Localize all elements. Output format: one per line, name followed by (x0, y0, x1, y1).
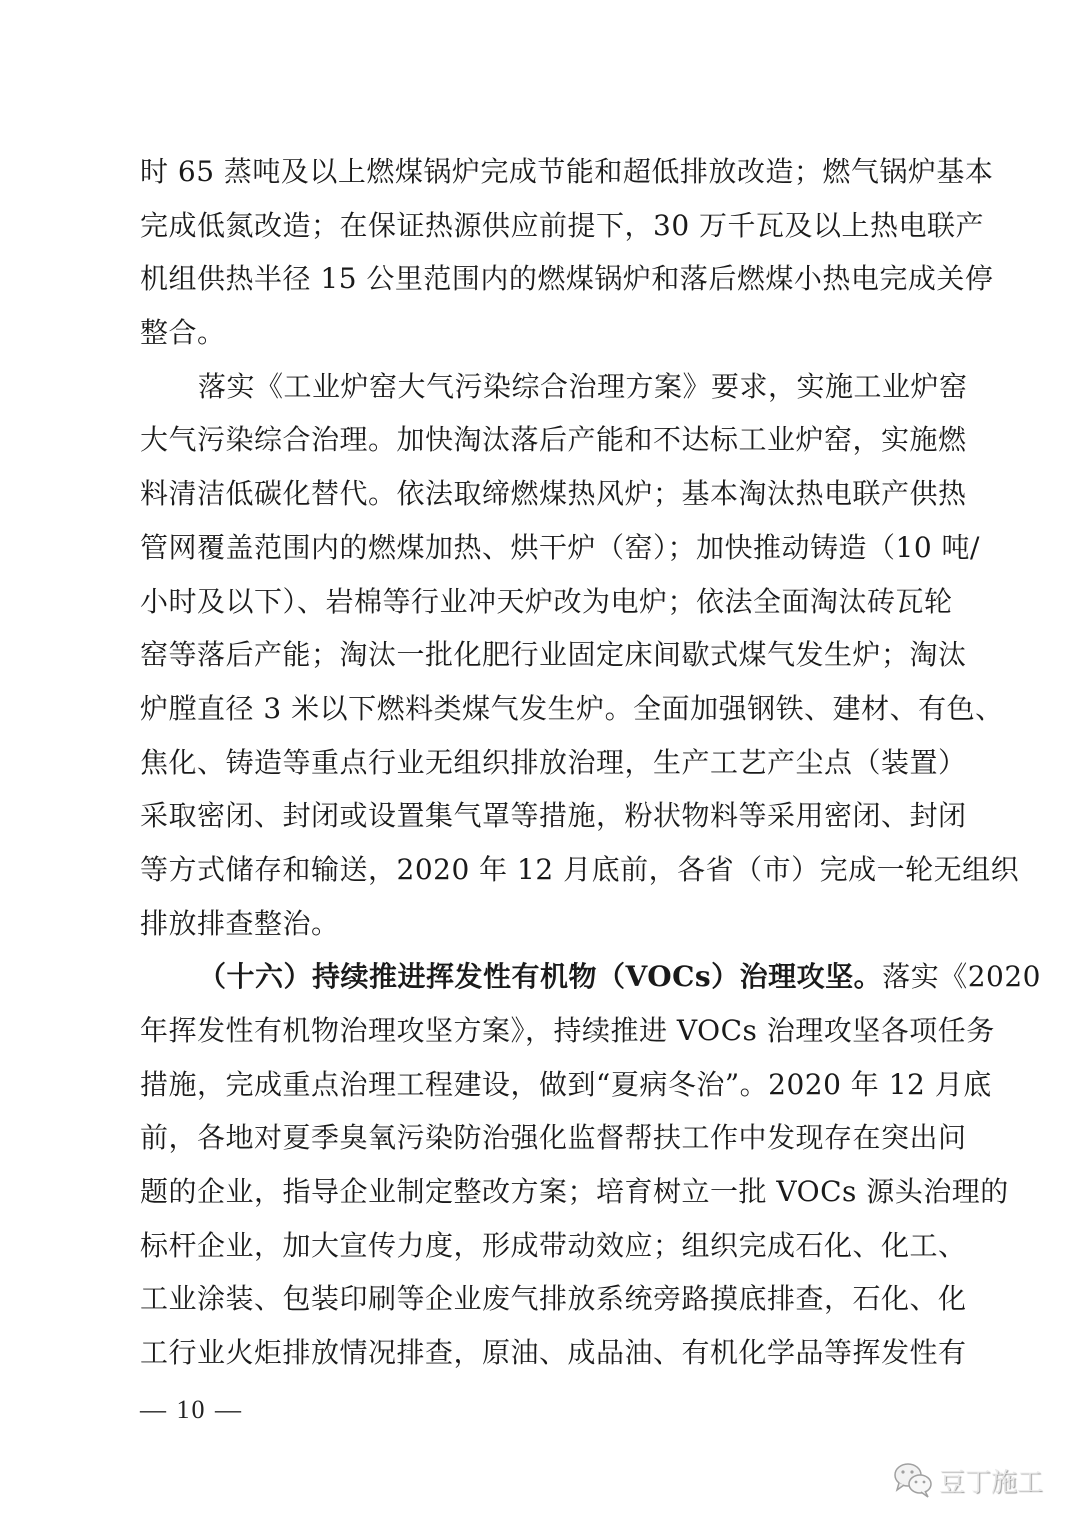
text-line: 时 65 蒸吨及以上燃煤锅炉完成节能和超低排放改造；燃气锅炉基本 (140, 145, 945, 199)
text-line: 采取密闭、封闭或设置集气罩等措施，粉状物料等采用密闭、封闭 (140, 789, 945, 843)
document-body: 时 65 蒸吨及以上燃煤锅炉完成节能和超低排放改造；燃气锅炉基本 完成低氮改造；… (140, 145, 945, 1380)
text-line: 等方式储存和输送，2020 年 12 月底前，各省（市）完成一轮无组织 (140, 843, 945, 897)
text-line: 管网覆盖范围内的燃煤加热、烘干炉（窑）；加快推动铸造（10 吨/ (140, 521, 945, 575)
text-line: 焦化、铸造等重点行业无组织排放治理，生产工艺产尘点（装置） (140, 736, 945, 790)
text-line: 大气污染综合治理。加快淘汰落后产能和不达标工业炉窑，实施燃 (140, 413, 945, 467)
text-line: 完成低氮改造；在保证热源供应前提下，30 万千瓦及以上热电联产 (140, 199, 945, 253)
text-line: 措施，完成重点治理工程建设，做到“夏病冬治”。2020 年 12 月底 (140, 1058, 945, 1112)
text-line: 工业涂装、包装印刷等企业废气排放系统旁路摸底排查，石化、化 (140, 1272, 945, 1326)
paragraph-first-line: 落实《工业炉窑大气污染综合治理方案》要求，实施工业炉窑 (140, 360, 945, 414)
text-line: 整合。 (140, 306, 945, 360)
watermark-label: 豆丁施工 (939, 1462, 1043, 1499)
section-heading-continuation: 落实《2020 (882, 960, 1041, 993)
text-line: 排放排查整治。 (140, 897, 945, 951)
text-line: 前，各地对夏季臭氧污染防治强化监督帮扶工作中发现存在突出问 (140, 1111, 945, 1165)
text-line: 工行业火炬排放情况排查，原油、成品油、有机化学品等挥发性有 (140, 1326, 945, 1380)
text-line: 年挥发性有机物治理攻坚方案》，持续推进 VOCs 治理攻坚各项任务 (140, 1004, 945, 1058)
section-heading: （十六）持续推进挥发性有机物（VOCs）治理攻坚。 (198, 960, 882, 993)
text-line: 炉膛直径 3 米以下燃料类煤气发生炉。全面加强钢铁、建材、有色、 (140, 682, 945, 736)
section-heading-line: （十六）持续推进挥发性有机物（VOCs）治理攻坚。落实《2020 (140, 950, 945, 1004)
watermark: 豆丁施工 (893, 1458, 1043, 1502)
page-number: — 10 — (140, 1395, 243, 1425)
text-line: 机组供热半径 15 公里范围内的燃煤锅炉和落后燃煤小热电完成关停 (140, 252, 945, 306)
text-line: 题的企业，指导企业制定整改方案；培育树立一批 VOCs 源头治理的 (140, 1165, 945, 1219)
text-line: 窑等落后产能；淘汰一批化肥行业固定床间歇式煤气发生炉；淘汰 (140, 628, 945, 682)
text-line: 小时及以下）、岩棉等行业冲天炉改为电炉；依法全面淘汰砖瓦轮 (140, 575, 945, 629)
text-line: 料清洁低碳化替代。依法取缔燃煤热风炉；基本淘汰热电联产供热 (140, 467, 945, 521)
wechat-icon (893, 1461, 933, 1499)
text-line: 标杆企业，加大宣传力度，形成带动效应；组织完成石化、化工、 (140, 1219, 945, 1273)
